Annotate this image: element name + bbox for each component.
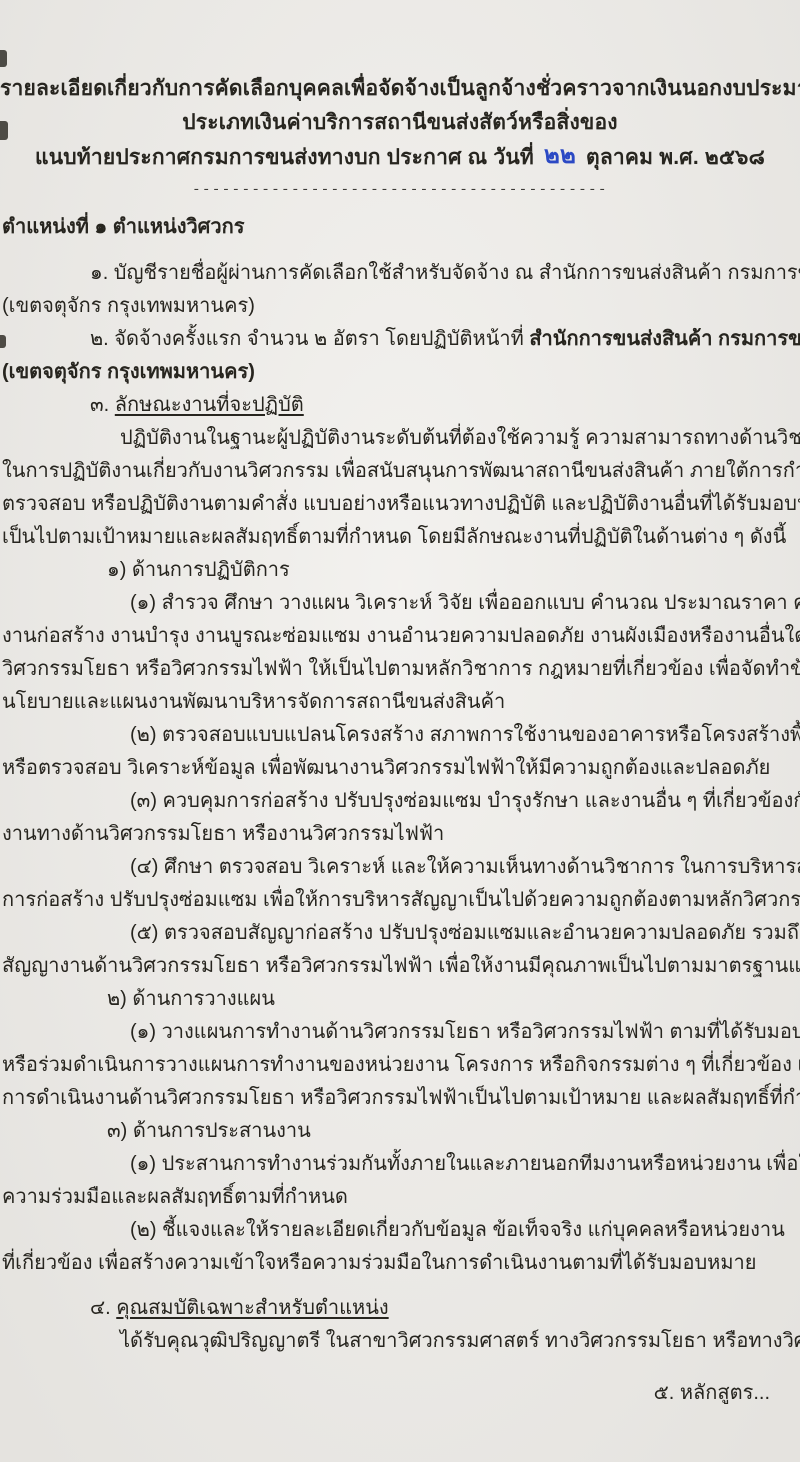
dashed-divider: ----------------------------------------… (0, 180, 800, 200)
text-line: ๒) ด้านการวางแผน (2, 983, 798, 1016)
text-segment: การก่อสร้าง ปรับปรุงซ่อมแซม เพื่อให้การบ… (2, 889, 800, 911)
text-line: (๑) ประสานการทำงานร่วมกันทั้งภายในและภาย… (2, 1148, 798, 1181)
text-segment: (๑) ประสานการทำงานร่วมกันทั้งภายในและภาย… (130, 1153, 800, 1175)
scan-artifact (0, 121, 8, 140)
text-line: สัญญางานด้านวิศวกรรมโยธา หรือวิศวกรรมไฟฟ… (2, 950, 798, 983)
scanned-document-page: รายละเอียดเกี่ยวกับการคัดเลือกบุคคลเพื่อ… (0, 0, 800, 1462)
document-title-line-1: รายละเอียดเกี่ยวกับการคัดเลือกบุคคลเพื่อ… (0, 72, 800, 106)
continuation-mark: ๕. หลักสูตร... (0, 1377, 800, 1410)
document-title-line-3: แนบท้ายประกาศกรมการขนส่งทางบก ประกาศ ณ ว… (0, 140, 800, 175)
text-line: (๓) ควบคุมการก่อสร้าง ปรับปรุงซ่อมแซม บำ… (2, 785, 798, 818)
text-segment: (๑) วางแผนการทำงานด้านวิศวกรรมโยธา หรือว… (130, 1021, 800, 1043)
text-segment: ได้รับคุณวุฒิปริญญาตรี ในสาขาวิศวกรรมศาส… (120, 1330, 800, 1352)
text-line: นโยบายและแผนงานพัฒนาบริหารจัดการสถานีขนส… (2, 686, 798, 719)
text-segment: (เขตจตุจักร กรุงเทพมหานคร) (2, 361, 255, 383)
text-line: การก่อสร้าง ปรับปรุงซ่อมแซม เพื่อให้การบ… (2, 884, 798, 917)
text-line: (๒) ตรวจสอบแบบแปลนโครงสร้าง สภาพการใช้งา… (2, 719, 798, 752)
text-line: (เขตจตุจักร กรุงเทพมหานคร) (2, 290, 798, 323)
text-segment: นโยบายและแผนงานพัฒนาบริหารจัดการสถานีขนส… (2, 691, 505, 713)
scan-artifact (0, 335, 6, 348)
text-segment: ลักษณะงานที่จะปฏิบัติ (115, 394, 304, 416)
text-line: ๓) ด้านการประสานงาน (2, 1115, 798, 1148)
title-date-suffix: ตุลาคม พ.ศ. ๒๕๖๘ (586, 146, 765, 169)
text-segment: ตรวจสอบ หรือปฏิบัติงานตามคำสั่ง แบบอย่าง… (2, 493, 800, 515)
text-line: ได้รับคุณวุฒิปริญญาตรี ในสาขาวิศวกรรมศาส… (2, 1325, 798, 1358)
text-segment: ในการปฏิบัติงานเกี่ยวกับงานวิศวกรรม เพื่… (2, 460, 800, 482)
text-segment: (๒) ชี้แจงและให้รายละเอียดเกี่ยวกับข้อมู… (130, 1219, 785, 1241)
text-line: ตำแหน่งที่ ๑ ตำแหน่งวิศวกร (2, 211, 798, 244)
text-segment: หรือร่วมดำเนินการวางแผนการทำงานของหน่วยง… (2, 1054, 800, 1076)
text-segment: (๕) ตรวจสอบสัญญาก่อสร้าง ปรับปรุงซ่อมแซม… (130, 922, 800, 944)
text-line: งานทางด้านวิศวกรรมโยธา หรืองานวิศวกรรมไฟ… (2, 818, 798, 851)
text-segment: หรือตรวจสอบ วิเคราะห์ข้อมูล เพื่อพัฒนางา… (2, 757, 770, 779)
text-line: (๑) สำรวจ ศึกษา วางแผน วิเคราะห์ วิจัย เ… (2, 587, 798, 620)
text-segment: สำนักการขนส่งสินค้า กรมการขนส่งทางบก (529, 328, 800, 350)
text-segment: ความร่วมมือและผลสัมฤทธิ์ตามที่กำหนด (2, 1186, 348, 1208)
text-line: ๒. จัดจ้างครั้งแรก จำนวน ๒ อัตรา โดยปฏิบ… (2, 323, 798, 356)
text-line: (๒) ชี้แจงและให้รายละเอียดเกี่ยวกับข้อมู… (2, 1214, 798, 1247)
document-body: ตำแหน่งที่ ๑ ตำแหน่งวิศวกร๑. บัญชีรายชื่… (0, 211, 800, 1358)
text-line: (เขตจตุจักร กรุงเทพมหานคร) (2, 356, 798, 389)
text-segment: คุณสมบัติเฉพาะสำหรับตำแหน่ง (116, 1297, 388, 1319)
document-header: รายละเอียดเกี่ยวกับการคัดเลือกบุคคลเพื่อ… (0, 0, 800, 200)
scan-artifact (0, 50, 7, 67)
text-line: (๔) ศึกษา ตรวจสอบ วิเคราะห์ และให้ความเห… (2, 851, 798, 884)
text-segment: ที่เกี่ยวข้อง เพื่อสร้างความเข้าใจหรือคว… (2, 1252, 756, 1274)
text-segment: ๑. บัญชีรายชื่อผู้ผ่านการคัดเลือกใช้สำหร… (90, 262, 800, 284)
title-date-prefix: แนบท้ายประกาศกรมการขนส่งทางบก ประกาศ ณ ว… (35, 146, 534, 169)
text-segment: ๔. (90, 1297, 116, 1319)
text-line: การดำเนินงานด้านวิศวกรรมโยธา หรือวิศวกรร… (2, 1082, 798, 1115)
text-segment: (๑) สำรวจ ศึกษา วางแผน วิเคราะห์ วิจัย เ… (130, 592, 800, 614)
text-segment: งานทางด้านวิศวกรรมโยธา หรืองานวิศวกรรมไฟ… (2, 823, 444, 845)
text-line: ปฏิบัติงานในฐานะผู้ปฏิบัติงานระดับต้นที่… (2, 422, 798, 455)
text-segment: วิศวกรรมโยธา หรือวิศวกรรมไฟฟ้า ให้เป็นไป… (2, 658, 800, 680)
text-segment: ตำแหน่งที่ ๑ ตำแหน่งวิศวกร (2, 216, 244, 238)
text-line: หรือร่วมดำเนินการวางแผนการทำงานของหน่วยง… (2, 1049, 798, 1082)
text-segment: ๑) ด้านการปฏิบัติการ (107, 559, 290, 581)
text-segment: (เขตจตุจักร กรุงเทพมหานคร) (2, 295, 255, 317)
text-segment: การดำเนินงานด้านวิศวกรรมโยธา หรือวิศวกรร… (2, 1087, 800, 1109)
text-line: วิศวกรรมโยธา หรือวิศวกรรมไฟฟ้า ให้เป็นไป… (2, 653, 798, 686)
text-segment: สัญญางานด้านวิศวกรรมโยธา หรือวิศวกรรมไฟฟ… (2, 955, 800, 977)
document-title-line-2: ประเภทเงินค่าบริการสถานีขนส่งสัตว์หรือสิ… (0, 106, 800, 140)
text-line: ที่เกี่ยวข้อง เพื่อสร้างความเข้าใจหรือคว… (2, 1247, 798, 1280)
text-segment: ๒) ด้านการวางแผน (107, 988, 275, 1010)
text-segment: ปฏิบัติงานในฐานะผู้ปฏิบัติงานระดับต้นที่… (120, 427, 800, 449)
text-line: ในการปฏิบัติงานเกี่ยวกับงานวิศวกรรม เพื่… (2, 455, 798, 488)
text-segment: ๓) ด้านการประสานงาน (107, 1120, 311, 1142)
text-segment: ๓. (90, 394, 115, 416)
text-segment: (๓) ควบคุมการก่อสร้าง ปรับปรุงซ่อมแซม บำ… (130, 790, 800, 812)
text-line: (๑) วางแผนการทำงานด้านวิศวกรรมโยธา หรือว… (2, 1016, 798, 1049)
text-line: ความร่วมมือและผลสัมฤทธิ์ตามที่กำหนด (2, 1181, 798, 1214)
text-segment: ๒. จัดจ้างครั้งแรก จำนวน ๒ อัตรา โดยปฏิบ… (90, 328, 529, 350)
text-line: ๑. บัญชีรายชื่อผู้ผ่านการคัดเลือกใช้สำหร… (2, 257, 798, 290)
text-line: เป็นไปตามเป้าหมายและผลสัมฤทธิ์ตามที่กำหน… (2, 521, 798, 554)
text-line: (๕) ตรวจสอบสัญญาก่อสร้าง ปรับปรุงซ่อมแซม… (2, 917, 798, 950)
text-line: ๔. คุณสมบัติเฉพาะสำหรับตำแหน่ง (2, 1292, 798, 1325)
text-line: ๓. ลักษณะงานที่จะปฏิบัติ (2, 389, 798, 422)
text-segment: (๒) ตรวจสอบแบบแปลนโครงสร้าง สภาพการใช้งา… (130, 724, 800, 746)
text-line: ตรวจสอบ หรือปฏิบัติงานตามคำสั่ง แบบอย่าง… (2, 488, 798, 521)
text-line: หรือตรวจสอบ วิเคราะห์ข้อมูล เพื่อพัฒนางา… (2, 752, 798, 785)
text-segment: เป็นไปตามเป้าหมายและผลสัมฤทธิ์ตามที่กำหน… (2, 526, 786, 548)
text-segment: (๔) ศึกษา ตรวจสอบ วิเคราะห์ และให้ความเห… (130, 856, 800, 878)
text-line: ๑) ด้านการปฏิบัติการ (2, 554, 798, 587)
handwritten-date: ๒๒ (534, 139, 586, 173)
text-line: งานก่อสร้าง งานบำรุง งานบูรณะซ่อมแซม งาน… (2, 620, 798, 653)
text-segment: งานก่อสร้าง งานบำรุง งานบูรณะซ่อมแซม งาน… (2, 625, 800, 647)
